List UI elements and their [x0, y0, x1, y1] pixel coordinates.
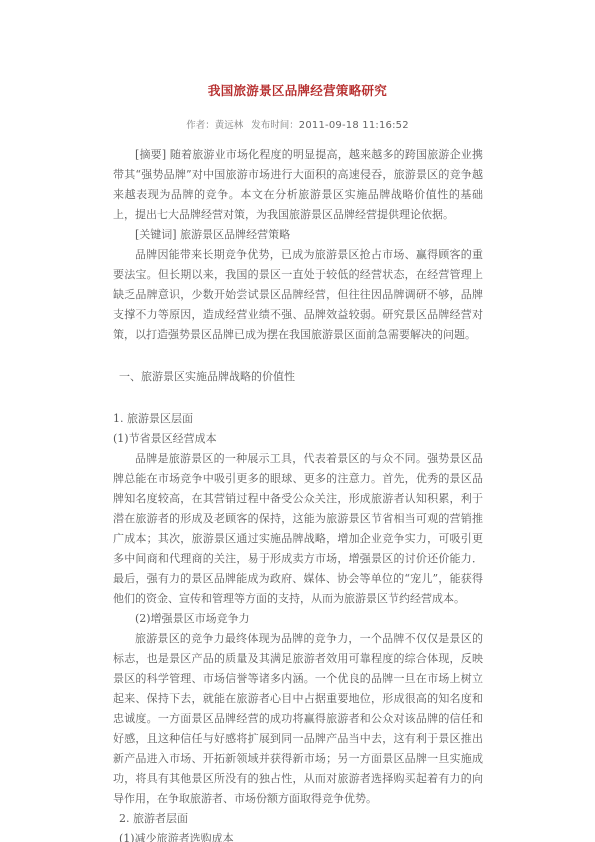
subsection-heading: 1. 旅游景区层面 [113, 409, 483, 429]
abstract-paragraph: [摘要] 随着旅游业市场化程度的明显提高，越来越多的跨国旅游企业携带其“强势品牌… [113, 145, 483, 225]
spacer [113, 345, 483, 367]
article-title: 我国旅游景区品牌经营策略研究 [0, 81, 595, 99]
body-paragraph: 旅游景区的竞争力最终体现为品牌的竞争力，一个品牌不仅仅是景区的标志，也是景区产品… [113, 629, 483, 809]
intro-paragraph: 品牌因能带来长期竞争优势，已成为旅游景区抢占市场、赢得顾客的重要法宝。但长期以来… [113, 245, 483, 345]
author-label: 作者： [186, 120, 215, 131]
item-heading: (1)节省景区经营成本 [113, 429, 483, 449]
spacer [113, 387, 483, 409]
item-heading: (1)减少旅游者选购成本 [113, 829, 483, 842]
item-heading: (2)增强景区市场竞争力 [113, 609, 483, 629]
author-name: 黄远林 [215, 120, 244, 131]
document-page: 我国旅游景区品牌经营策略研究 作者：黄远林发布时间：2011-09-18 11:… [0, 0, 595, 842]
subsection-heading: 2. 旅游者层面 [113, 809, 483, 829]
article-meta: 作者：黄远林发布时间：2011-09-18 11:16:52 [0, 117, 595, 131]
published-time: 2011-09-18 11:16:52 [299, 120, 409, 131]
section-heading: 一、旅游景区实施品牌战略的价值性 [113, 367, 483, 387]
article-body: [摘要] 随着旅游业市场化程度的明显提高，越来越多的跨国旅游企业携带其“强势品牌… [113, 145, 483, 842]
body-paragraph: 品牌是旅游景区的一种展示工具，代表着景区的与众不同。强势景区品牌总能在市场竞争中… [113, 449, 483, 609]
keywords-paragraph: [关键词] 旅游景区品牌经营策略 [113, 225, 483, 245]
published-label: 发布时间： [251, 120, 299, 131]
